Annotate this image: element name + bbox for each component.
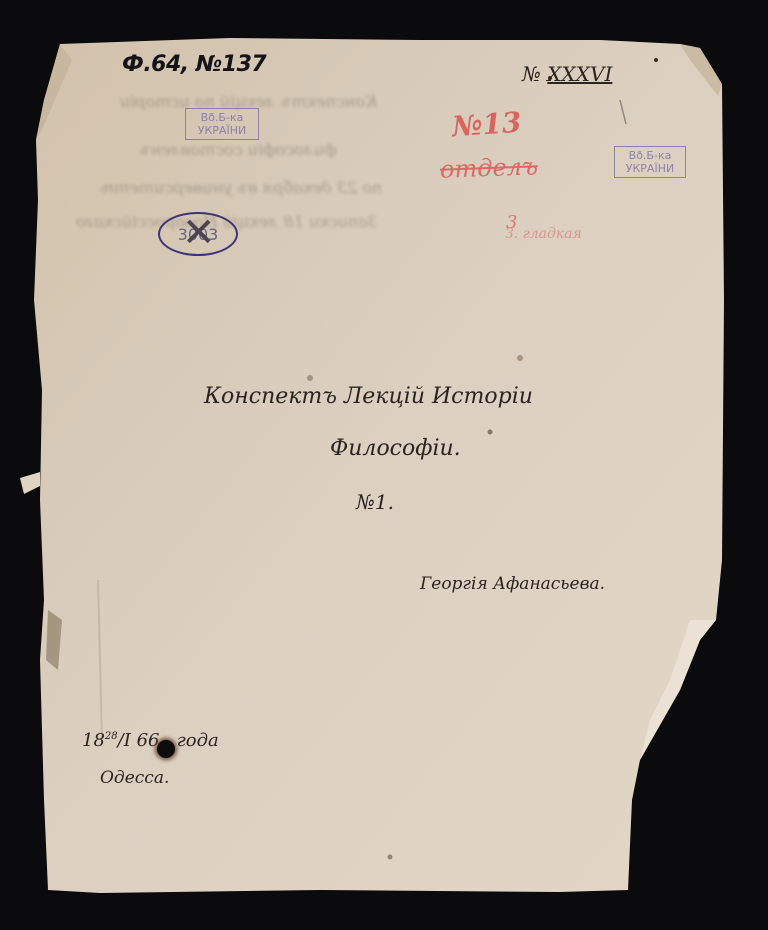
- library-stamp: Вð.Б-ка УКРАЇНИ: [185, 108, 259, 140]
- paper-sheet: [0, 0, 768, 930]
- author-name: Георгія Афанасьева.: [420, 574, 605, 594]
- library-stamp: Вð.Б-ка УКРАЇНИ: [614, 146, 686, 178]
- title-line-1: Конспектъ Лекцій Исторіи: [204, 384, 533, 409]
- oval-inventory-stamp: 3003 ✕: [158, 212, 238, 256]
- date: 1828/I 66 года: [82, 730, 219, 751]
- red-pencil-word: отделъ: [440, 152, 539, 183]
- scanned-document: Ф.64, №137 № XXXVI Конспектъ лекцій по и…: [0, 0, 768, 930]
- date-month: I: [124, 730, 131, 751]
- cross-out-mark: ✕: [182, 210, 216, 256]
- number-sign: №: [522, 62, 541, 86]
- red-pencil-number: №13: [451, 106, 523, 144]
- date-day: 28: [105, 731, 118, 742]
- archive-code: Ф.64, №137: [122, 52, 266, 77]
- city: Одесса.: [100, 768, 169, 788]
- roman-number-value: XXXVI: [547, 62, 612, 86]
- bleed-through-line: философіи составленъ: [140, 140, 337, 159]
- roman-number: № XXXVI: [522, 62, 612, 86]
- bleed-through-line: по 23 декабря въ университетѣ: [100, 178, 382, 197]
- title-line-3: №1.: [356, 490, 394, 514]
- red-pencil-note: З. гладкая: [505, 226, 582, 242]
- title-line-2: Философіи.: [330, 436, 461, 461]
- punch-hole: [157, 740, 175, 758]
